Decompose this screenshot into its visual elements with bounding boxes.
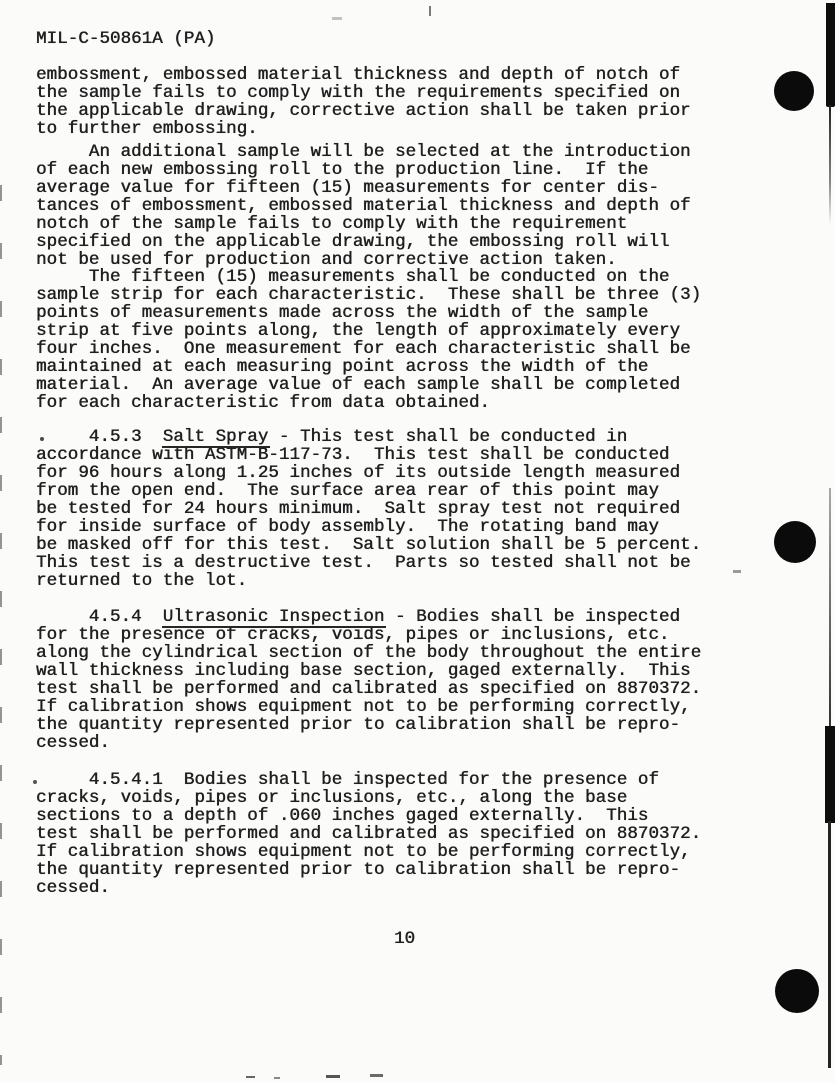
paragraph-salt-spray: 4.5.3 Salt Spray - This test shall be co… [36,428,701,590]
scan-edge-line-middle [829,488,831,728]
paragraph-4-5-4-1: 4.5.4.1 Bodies shall be inspected for th… [36,771,701,897]
stray-dot-margin-453 [40,437,44,441]
scan-edge-line-top [829,105,831,225]
underline-salt-spray [162,446,270,448]
scan-edge-bar-top [826,3,835,107]
paragraph-additional-sample: An additional sample will be selected at… [36,143,691,269]
stray-smudge-right [733,570,741,573]
punch-dot-top [774,71,814,111]
stray-dash-bottom-2 [274,1077,280,1079]
scan-left-edge-dashes [0,185,2,1065]
paragraph-ultrasonic-inspection: 4.5.4 Ultrasonic Inspection - Bodies sha… [36,608,701,752]
page-number: 10 [394,930,415,948]
scan-edge-line-bottom [828,821,831,1068]
stray-dash-bottom-1 [246,1076,255,1078]
scanned-document-page: MIL-C-50861A (PA) embossment, embossed m… [0,0,835,1083]
paragraph-continuation: embossment, embossed material thickness … [36,66,691,138]
stray-dot-margin-4541 [33,780,37,784]
scan-edge-bar-middle [825,726,835,823]
stray-dash-bottom-3 [326,1075,340,1078]
stray-dash-top [429,6,431,16]
paragraph-fifteen-measurements: The fifteen (15) measurements shall be c… [36,268,701,412]
underline-ultrasonic-inspection [162,626,386,628]
punch-dot-middle [774,521,816,563]
doc-id-header: MIL-C-50861A (PA) [36,30,216,48]
stray-dash-bottom-4 [370,1074,383,1077]
punch-dot-bottom [775,969,819,1013]
stray-smudge-top [332,17,342,20]
